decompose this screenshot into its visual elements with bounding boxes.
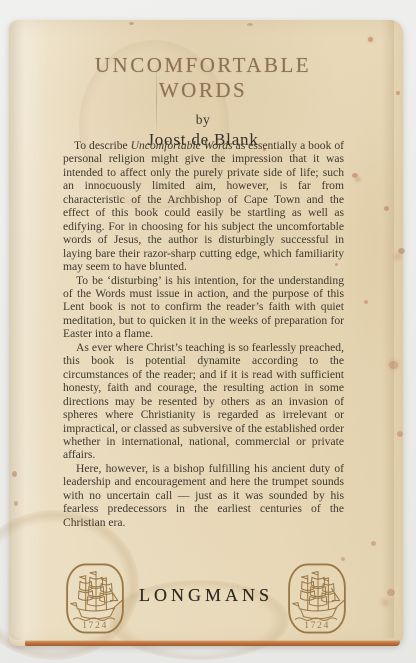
blurb-p1-book-title: Uncomfortable Words — [131, 139, 233, 152]
logo-year: 1724 — [82, 620, 108, 631]
title-line-2: WORDS — [9, 78, 397, 103]
photo-backdrop: { "cover": { "title_line1": "UNCOMFORTAB… — [0, 0, 416, 663]
foxing-spot — [368, 37, 373, 42]
longmans-ship-logo-icon: 1724 — [286, 561, 348, 636]
title-line-1: UNCOMFORTABLE — [9, 53, 397, 78]
foxing-spot — [371, 541, 376, 546]
foxing-spot — [364, 300, 368, 304]
longmans-wordmark: LONGMANS — [139, 585, 273, 612]
blurb-paragraph: As ever where Christ’s teaching is so fe… — [63, 341, 344, 462]
publisher-row: 1724 LONGMANS — [9, 561, 403, 636]
book-fore-edge — [25, 640, 400, 646]
blurb-paragraph: To describe Uncomfortable Words as essen… — [63, 139, 344, 274]
longmans-ship-logo-icon: 1724 — [64, 561, 126, 636]
book-title: UNCOMFORTABLE WORDS by Joost de Blank — [9, 53, 397, 150]
byline: by — [9, 112, 397, 128]
foxing-spot — [247, 23, 253, 26]
foxing-spot — [352, 173, 358, 178]
foxing-spot — [397, 431, 403, 437]
jacket-blurb: To describe Uncomfortable Words as essen… — [63, 139, 344, 529]
book-cover: UNCOMFORTABLE WORDS by Joost de Blank To… — [9, 20, 403, 646]
blurb-paragraph: Here, however, is a bishop fulfilling hi… — [63, 462, 344, 529]
blurb-p1-rest: as essentially a book of personal religi… — [63, 139, 344, 273]
blurb-paragraph: To be ‘disturbing’ is his intention, for… — [63, 274, 344, 341]
logo-year: 1724 — [304, 620, 330, 631]
foxing-spot — [398, 248, 405, 254]
blurb-p1-lead: To describe — [74, 139, 131, 152]
foxing-spot — [129, 22, 134, 25]
